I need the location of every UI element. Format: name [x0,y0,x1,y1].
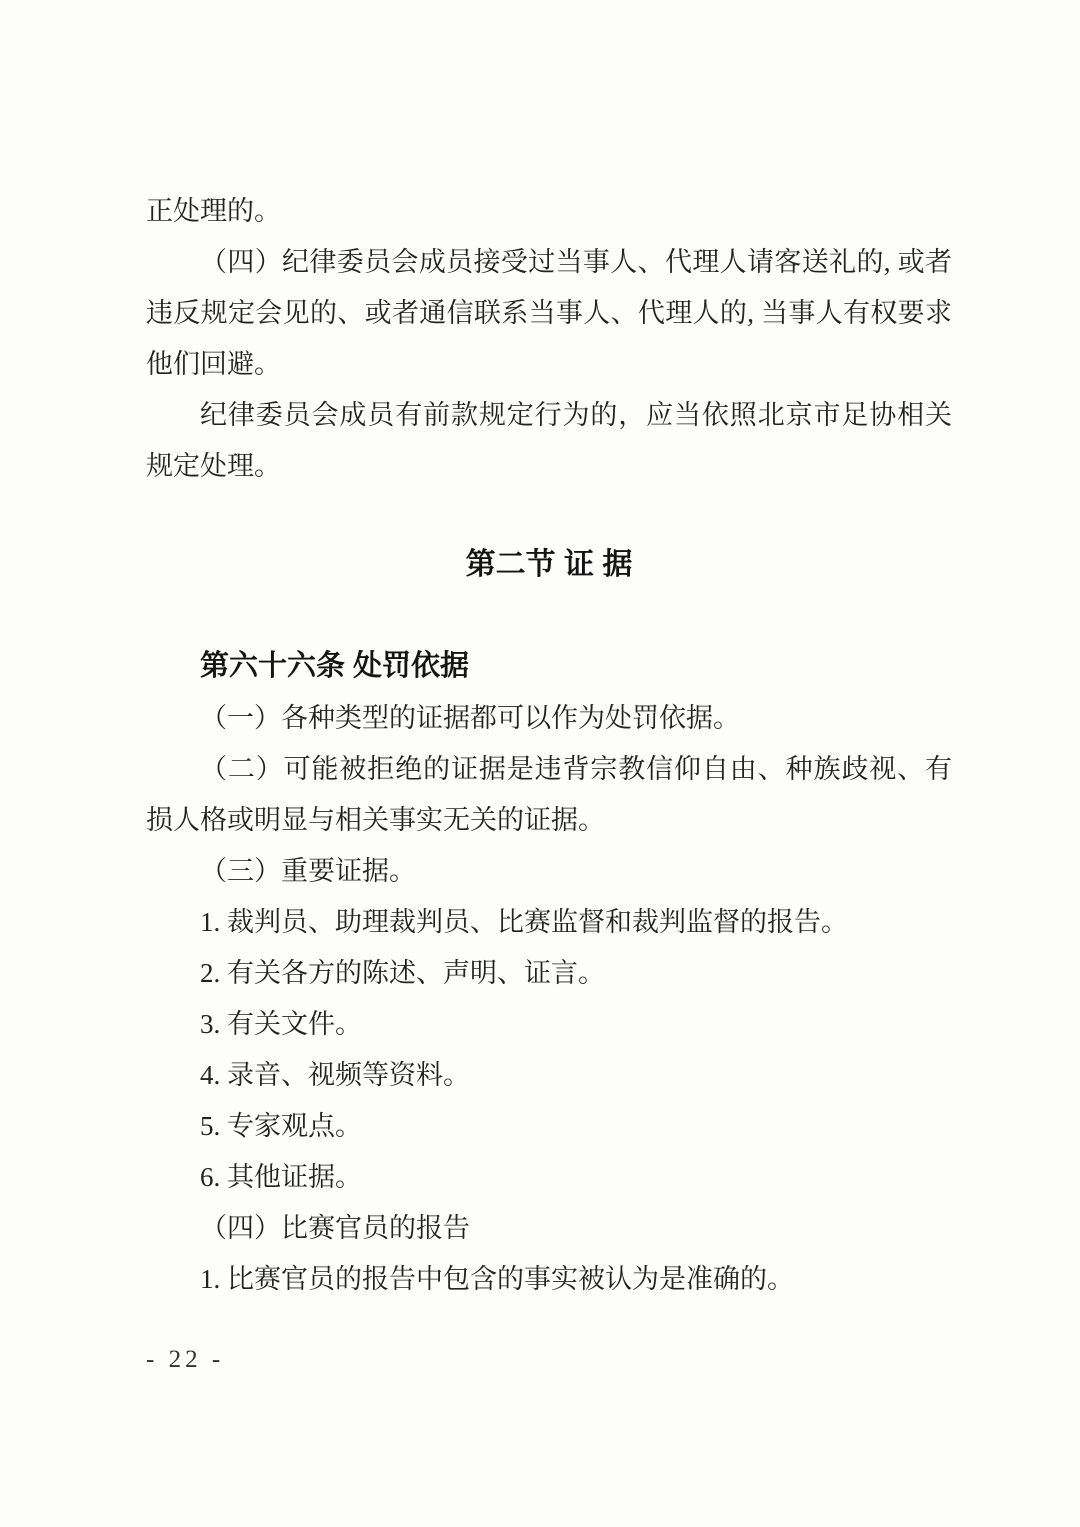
article-item: 4. 录音、视频等资料。 [146,1050,952,1101]
article-item: 1. 裁判员、助理裁判员、比赛监督和裁判监督的报告。 [146,897,952,948]
document-content: 正处理的。 （四）纪律委员会成员接受过当事人、代理人请客送礼的, 或者违反规定会… [146,186,952,1305]
article-item: （三）重要证据。 [146,846,952,897]
article-item: 6. 其他证据。 [146,1152,952,1203]
article-item: 5. 专家观点。 [146,1101,952,1152]
body-paragraph-continuation: 正处理的。 [146,186,952,237]
article-item: 2. 有关各方的陈述、声明、证言。 [146,948,952,999]
article-item: （一）各种类型的证据都可以作为处罚依据。 [146,693,952,744]
body-paragraph: （四）纪律委员会成员接受过当事人、代理人请客送礼的, 或者违反规定会见的、或者通… [146,237,952,390]
article-heading: 第六十六条 处罚依据 [146,641,952,692]
document-page: 正处理的。 （四）纪律委员会成员接受过当事人、代理人请客送礼的, 或者违反规定会… [0,0,1080,1527]
page-number-label: - 22 - [146,1340,224,1380]
article-item: （四）比赛官员的报告 [146,1203,952,1254]
article-item: （二）可能被拒绝的证据是违背宗教信仰自由、种族歧视、有损人格或明显与相关事实无关… [146,744,952,846]
article-item: 1. 比赛官员的报告中包含的事实被认为是准确的。 [146,1254,952,1305]
document-viewer: { "page": { "page_number": "- 22 -", "ba… [0,0,1080,1527]
article-item: 3. 有关文件。 [146,999,952,1050]
section-heading: 第二节 证 据 [146,539,952,590]
body-paragraph: 纪律委员会成员有前款规定行为的，应当依照北京市足协相关规定处理。 [146,390,952,492]
